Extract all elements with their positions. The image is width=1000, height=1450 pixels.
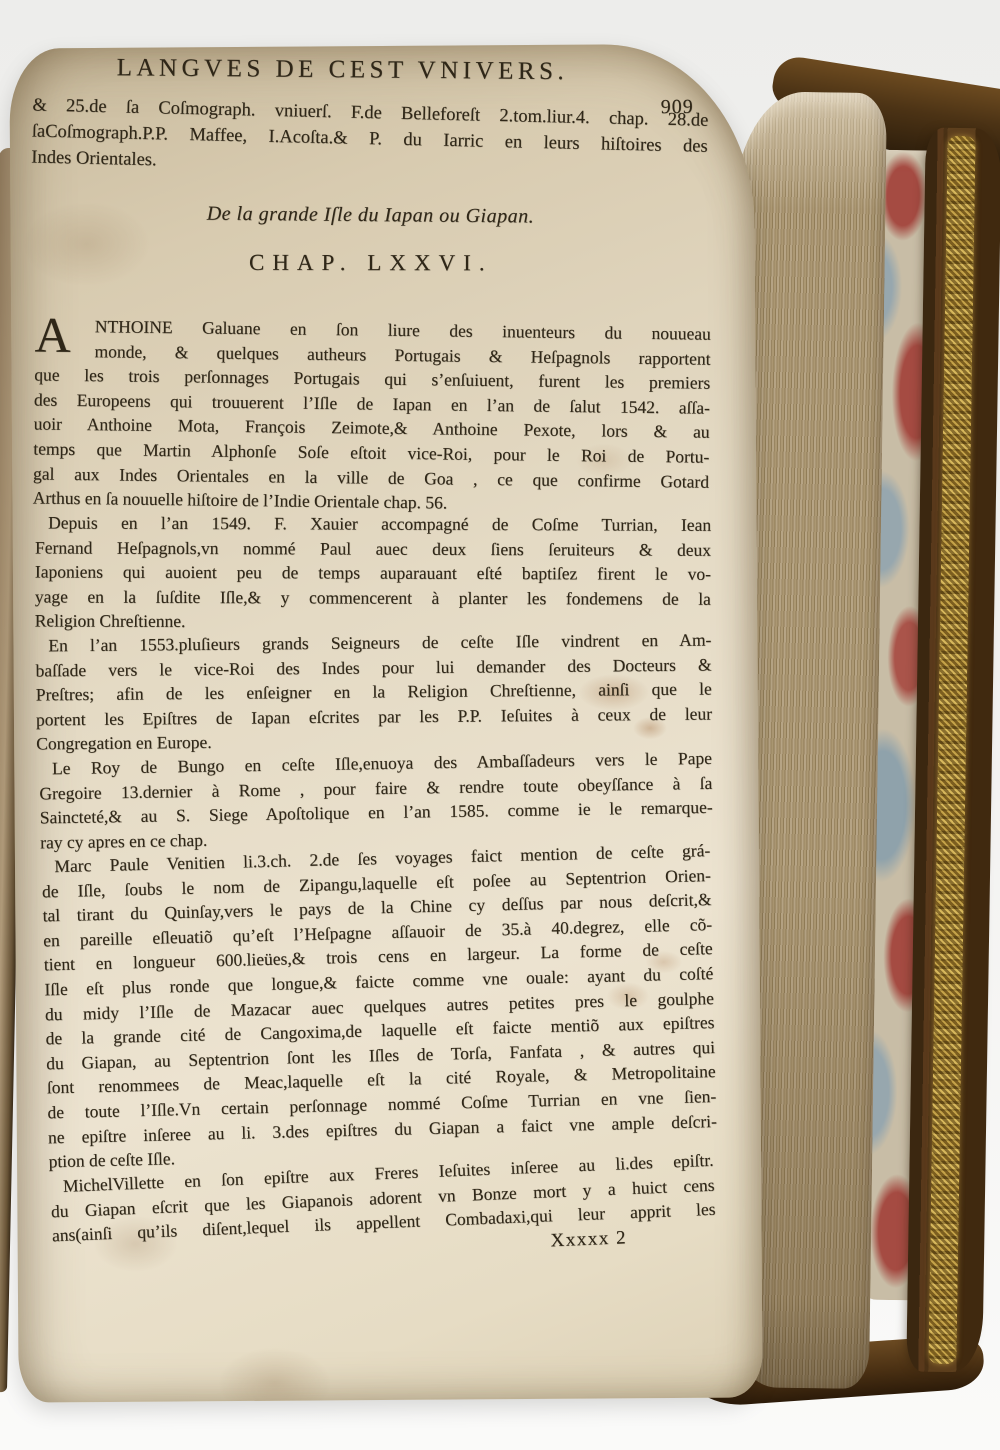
photo-scene: 909 LANGVES DE CEST VNIVERS. & 25.de ſa … bbox=[0, 0, 1000, 1450]
paragraph: En l’an 1553.pluſieurs grands Seigneurs … bbox=[35, 627, 712, 756]
drop-cap: A bbox=[34, 311, 95, 358]
running-header: LANGVES DE CEST VNIVERS. bbox=[31, 52, 653, 87]
paragraph-lines: Depuis en l’an 1549. F. Xauier accompagn… bbox=[35, 510, 711, 635]
paragraph-lines: Marc Paule Venitien li.3.ch. 2.de ſes vo… bbox=[41, 838, 718, 1174]
gilt-tooling bbox=[928, 136, 975, 1364]
paragraph-lines: En l’an 1553.pluſieurs grands Seigneurs … bbox=[35, 627, 712, 756]
text-line: yage en la ſuſdite Iſle,& y commencerent… bbox=[35, 584, 711, 611]
paragraph: Le Roy de Bungo en ceſte Iſle,enuoya des… bbox=[39, 746, 713, 855]
paragraph: Marc Paule Venitien li.3.ch. 2.de ſes vo… bbox=[41, 838, 718, 1174]
book-page: 909 LANGVES DE CEST VNIVERS. & 25.de ſa … bbox=[9, 43, 762, 1402]
paragraph-lines: Le Roy de Bungo en ceſte Iſle,enuoya des… bbox=[39, 746, 713, 855]
text-line: Iaponiens qui auoient peu de temps aupar… bbox=[35, 559, 711, 586]
body-text: A NTHOINE Galuane en ſon liure des inuen… bbox=[33, 309, 716, 1273]
paragraph: Depuis en l’an 1549. F. Xauier accompagn… bbox=[35, 510, 711, 635]
chapter-subtitle: De la grande Iſle du Iapan ou Giapan. bbox=[32, 199, 708, 232]
chapter-heading: CHAP. LXXVI. bbox=[33, 249, 709, 278]
margin-note: & 25.de ſa Coſmograph. vniuerſ. F.de Bel… bbox=[31, 92, 709, 185]
paragraph-lines: NTHOINE Galuane en ſon liure des inuente… bbox=[33, 313, 711, 518]
text-line: Fernand Heſpagnols,vn nommé Paul auec de… bbox=[35, 535, 711, 562]
text-line: Depuis en l’an 1549. F. Xauier accompagn… bbox=[35, 510, 711, 537]
page-text: 909 LANGVES DE CEST VNIVERS. & 25.de ſa … bbox=[31, 48, 716, 1273]
catchword: Xxxxx 2 bbox=[550, 1227, 627, 1251]
paragraph: A NTHOINE Galuane en ſon liure des inuen… bbox=[33, 313, 711, 518]
